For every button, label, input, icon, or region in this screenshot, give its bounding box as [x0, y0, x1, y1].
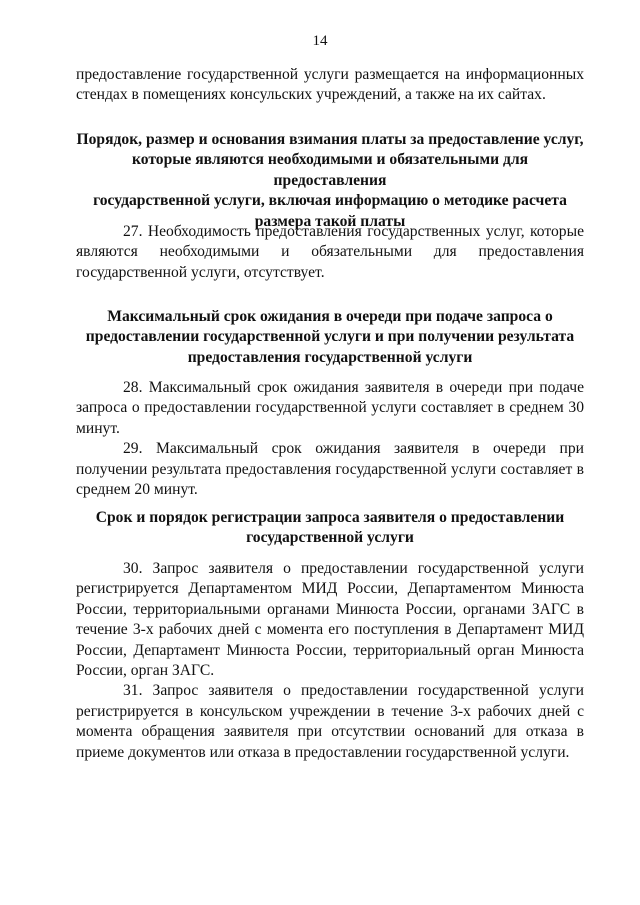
- paragraph-27: 27. Необходимость предоставления государ…: [76, 222, 584, 283]
- section-heading-queue: Максимальный срок ожидания в очереди при…: [76, 307, 584, 368]
- section-heading-payment: Порядок, размер и основания взимания пла…: [76, 130, 584, 232]
- paragraph-27-block: 27. Необходимость предоставления государ…: [76, 222, 584, 283]
- paragraphs-30-31-block: 30. Запрос заявителя о предоставлении го…: [76, 559, 584, 763]
- intro-paragraph: предоставление государственной услуги ра…: [76, 65, 584, 106]
- heading-line: государственной услуги, включая информац…: [76, 191, 584, 211]
- section-queue: Максимальный срок ожидания в очереди при…: [76, 307, 584, 368]
- heading-line: государственной услуги: [76, 528, 584, 548]
- paragraph-30: 30. Запрос заявителя о предоставлении го…: [76, 559, 584, 681]
- page-number: 14: [0, 32, 640, 50]
- heading-line: Срок и порядок регистрации запроса заяви…: [76, 508, 584, 528]
- heading-line: предоставлении государственной услуги и …: [76, 327, 584, 347]
- heading-line: которые являются необходимыми и обязател…: [76, 150, 584, 191]
- heading-line: Максимальный срок ожидания в очереди при…: [76, 307, 584, 327]
- paragraph-29: 29. Максимальный срок ожидания заявителя…: [76, 439, 584, 500]
- intro-block: предоставление государственной услуги ра…: [76, 65, 584, 106]
- section-registration: Срок и порядок регистрации запроса заяви…: [76, 508, 584, 549]
- heading-line: Порядок, размер и основания взимания пла…: [76, 130, 584, 150]
- paragraph-28: 28. Максимальный срок ожидания заявителя…: [76, 378, 584, 439]
- paragraph-31: 31. Запрос заявителя о предоставлении го…: [76, 681, 584, 763]
- paragraphs-28-29-block: 28. Максимальный срок ожидания заявителя…: [76, 378, 584, 500]
- heading-line: предоставления государственной услуги: [76, 348, 584, 368]
- section-payment: Порядок, размер и основания взимания пла…: [76, 130, 584, 232]
- section-heading-registration: Срок и порядок регистрации запроса заяви…: [76, 508, 584, 549]
